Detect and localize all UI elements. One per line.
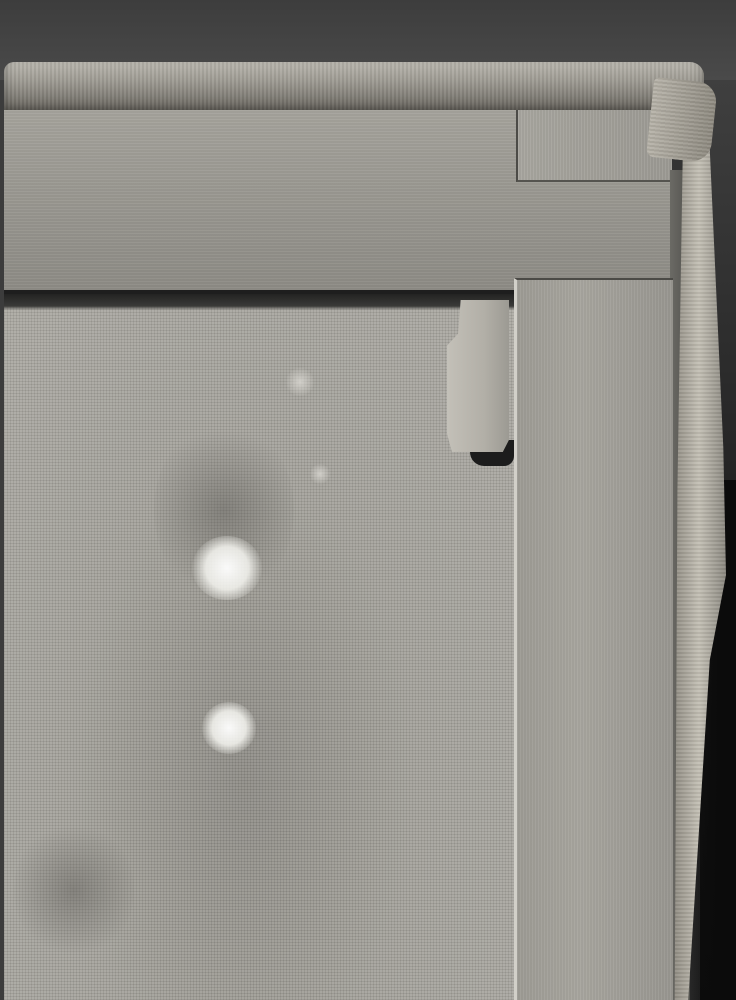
photograph: [0, 0, 736, 1000]
stain-spot: [286, 368, 314, 396]
stretcher-shadow: [4, 290, 514, 310]
canvas-reverse: [4, 300, 514, 1000]
canvas-tacking-edge-top: [4, 62, 704, 114]
stain-spot: [192, 536, 262, 600]
canvas-tacking-corner: [646, 77, 718, 163]
stain-spot: [202, 702, 256, 754]
stain-spot: [310, 464, 330, 484]
discoloration: [14, 820, 134, 960]
stretcher-bar-right: [514, 278, 673, 1000]
